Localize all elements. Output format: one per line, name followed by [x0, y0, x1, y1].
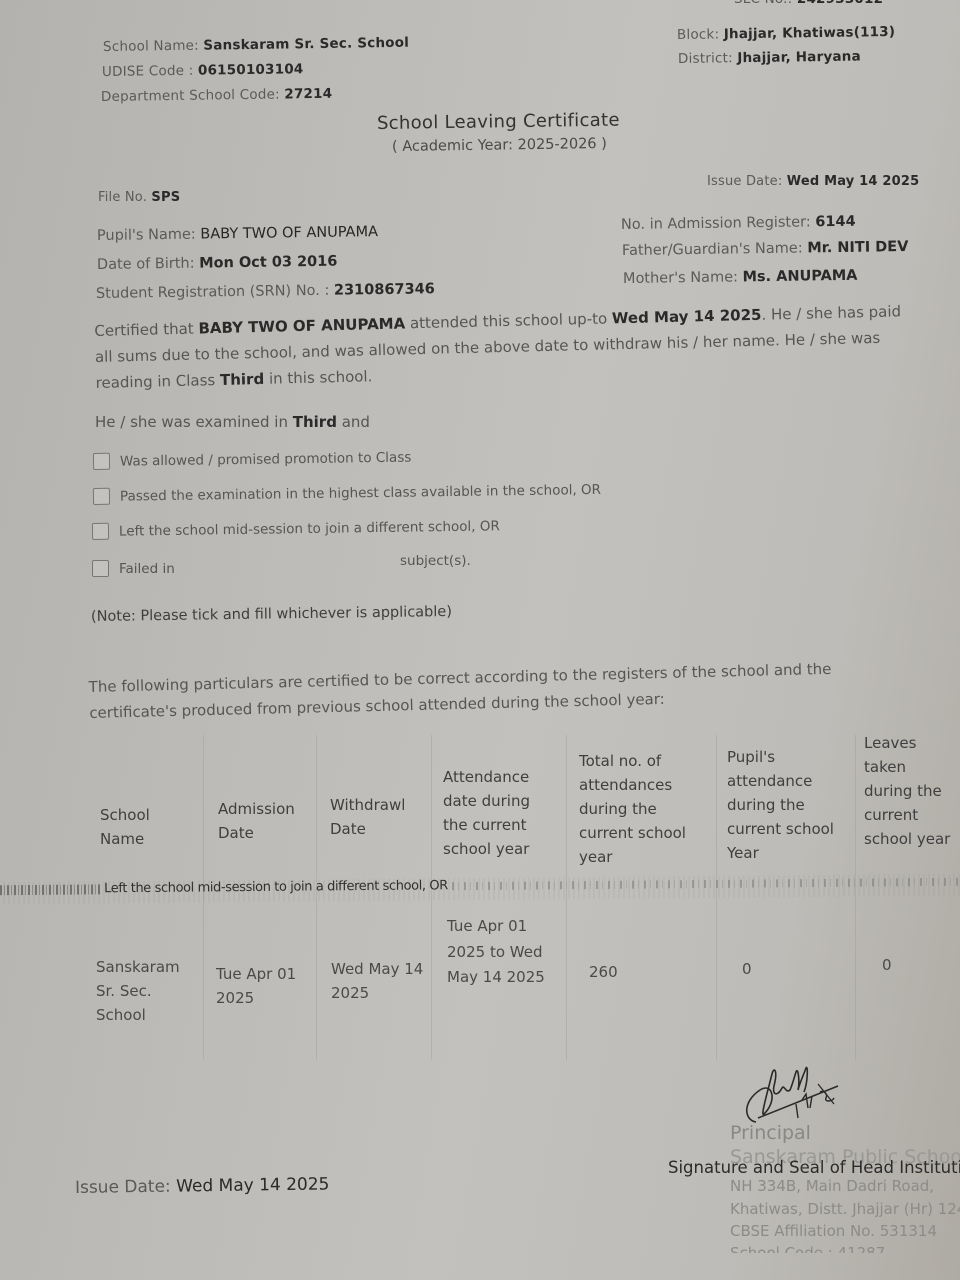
- stamp-affiliation: CBSE Affiliation No. 531314: [730, 1222, 937, 1240]
- school-name-value: Sanskaram Sr. Sec. School: [203, 35, 409, 54]
- certificate-page: SLC No.: 242933012 School Name: Sanskara…: [0, 0, 960, 1280]
- mother-line: Mother's Name: Ms. ANUPAMA: [623, 268, 858, 287]
- admission-no-label: No. in Admission Register:: [621, 214, 811, 233]
- stamp-address-1: NH 334B, Main Dadri Road,: [730, 1177, 934, 1195]
- udise-value: 06150103104: [198, 61, 304, 78]
- cert-pupil-name: BABY TWO OF ANUPAMA: [198, 314, 405, 337]
- dob-line: Date of Birth: Mon Oct 03 2016: [97, 254, 338, 273]
- artifact-text: Left the school mid-session to join a di…: [104, 878, 448, 896]
- cell-admission-date: Tue Apr 01 2025: [216, 962, 316, 1010]
- option-label: Failed in: [119, 561, 175, 577]
- issue-date-top: Issue Date: Wed May 14 2025: [707, 174, 919, 189]
- header-pupil-attendance: Pupil's attendance during the current sc…: [727, 745, 851, 865]
- cell-leaves-taken: 0: [882, 953, 892, 977]
- cert-text: Certified that: [94, 319, 199, 340]
- admission-no-line: No. in Admission Register: 6144: [621, 214, 856, 233]
- slc-label: SLC No.:: [734, 0, 792, 7]
- academic-year: ( Academic Year: 2025-2026 ): [392, 136, 607, 155]
- dept-code-label: Department School Code:: [101, 87, 280, 105]
- father-label: Father/Guardian's Name:: [622, 240, 803, 259]
- print-artifact-strip: Left the school mid-session to join a di…: [0, 874, 960, 904]
- cert-class: Third: [220, 370, 265, 389]
- district-label: District:: [678, 50, 733, 67]
- option-promotion[interactable]: Was allowed / promised promotion to Clas…: [93, 449, 412, 470]
- option-label: Passed the examination in the highest cl…: [120, 481, 601, 504]
- issue-date-value: Wed May 14 2025: [176, 1174, 330, 1196]
- father-value: Mr. NITI DEV: [807, 239, 908, 256]
- cert-text: in this school.: [264, 367, 373, 388]
- cell-pupil-attendance: 0: [742, 957, 752, 981]
- note-text: (Note: Please tick and fill whichever is…: [91, 604, 452, 625]
- cell-withdrawal-date: Wed May 14 2025: [331, 957, 426, 1005]
- signature-block: Principal Sanskaram Public School Signat…: [668, 1060, 960, 1280]
- stamp-school-code: School Code : 41287: [730, 1244, 885, 1253]
- district-value: Jhajjar, Haryana: [737, 48, 861, 66]
- examined-line: He / she was examined in Third and: [95, 409, 370, 435]
- slc-number: SLC No.: 242933012: [734, 0, 883, 7]
- cell-attendance-range: Tue Apr 01 2025 to Wed May 14 2025: [447, 914, 557, 991]
- checkbox[interactable]: [93, 488, 110, 505]
- issue-date-value: Wed May 14 2025: [787, 174, 920, 189]
- stamp-title: Principal: [730, 1122, 811, 1144]
- header-withdrawal-date: Withdrawl Date: [330, 793, 425, 841]
- particulars-intro: The following particulars are certified …: [88, 655, 879, 726]
- dob-value: Mon Oct 03 2016: [199, 254, 337, 272]
- srn-line: Student Registration (SRN) No. : 2310867…: [96, 281, 435, 302]
- option-label: Left the school mid-session to join a di…: [119, 518, 500, 539]
- option-left-mid-session[interactable]: Left the school mid-session to join a di…: [92, 517, 500, 540]
- examined-text: and: [337, 413, 370, 431]
- pupil-name-value: BABY TWO OF ANUPAMA: [200, 224, 378, 242]
- district-line: District: Jhajjar, Haryana: [678, 48, 861, 67]
- father-line: Father/Guardian's Name: Mr. NITI DEV: [622, 239, 909, 259]
- cert-text: attended this school up-to: [405, 309, 612, 332]
- school-name-line: School Name: Sanskaram Sr. Sec. School: [103, 35, 409, 55]
- certificate-title: School Leaving Certificate: [377, 110, 620, 134]
- dept-code-value: 27214: [284, 86, 332, 103]
- header-school-name: School Name: [100, 803, 190, 851]
- mother-value: Ms. ANUPAMA: [742, 268, 857, 286]
- udise-line: UDISE Code : 06150103104: [102, 61, 304, 80]
- examined-class: Third: [293, 413, 337, 431]
- dob-label: Date of Birth:: [97, 256, 195, 273]
- school-name-label: School Name:: [103, 38, 199, 55]
- file-no-label: File No.: [98, 190, 147, 205]
- udise-label: UDISE Code :: [102, 63, 194, 80]
- issue-date-bottom: Issue Date: Wed May 14 2025: [75, 1174, 330, 1198]
- admission-no-value: 6144: [815, 214, 856, 231]
- slc-value: 242933012: [797, 0, 883, 7]
- print-noise: [0, 884, 100, 895]
- header-attendance-date: Attendance date during the current schoo…: [443, 765, 555, 861]
- cell-total-attendances: 260: [589, 960, 618, 984]
- option-label: Was allowed / promised promotion to Clas…: [120, 449, 412, 469]
- mother-label: Mother's Name:: [623, 269, 738, 287]
- srn-label: Student Registration (SRN) No. :: [96, 283, 330, 302]
- checkbox[interactable]: [93, 453, 110, 470]
- signature-caption: Signature and Seal of Head Institution: [668, 1158, 960, 1177]
- file-no-line: File No. SPS: [98, 190, 180, 205]
- block-label: Block:: [677, 26, 719, 43]
- cell-school-name: Sanskaram Sr. Sec. School: [96, 955, 196, 1027]
- cert-date: Wed May 14 2025: [612, 306, 762, 328]
- issue-date-label: Issue Date:: [75, 1177, 171, 1198]
- pupil-name-line: Pupil's Name: BABY TWO OF ANUPAMA: [97, 224, 378, 244]
- file-no-value: SPS: [151, 190, 180, 205]
- issue-date-label: Issue Date:: [707, 174, 782, 189]
- srn-value: 2310867346: [334, 281, 435, 298]
- block-value: Jhajjar, Khatiwas(113): [724, 24, 896, 42]
- column-divider: [855, 735, 856, 1060]
- stamp-address-2: Khatiwas, Distt. Jhajjar (Hr) 124: [730, 1200, 960, 1218]
- checkbox[interactable]: [92, 523, 109, 540]
- block-line: Block: Jhajjar, Khatiwas(113): [677, 24, 895, 43]
- header-admission-date: Admission Date: [218, 797, 313, 845]
- header-leaves-taken: Leaves taken during the current school y…: [864, 731, 954, 851]
- failed-subjects-suffix: subject(s).: [400, 553, 471, 569]
- option-passed-highest[interactable]: Passed the examination in the highest cl…: [93, 481, 601, 505]
- certification-paragraph: Certified that BABY TWO OF ANUPAMA atten…: [94, 298, 906, 396]
- header-total-attendances: Total no. of attendances during the curr…: [579, 749, 709, 869]
- print-noise: [452, 877, 960, 890]
- option-failed[interactable]: Failed in: [92, 560, 175, 577]
- examined-text: He / she was examined in: [95, 413, 293, 431]
- dept-code-line: Department School Code: 27214: [101, 86, 332, 105]
- checkbox[interactable]: [92, 560, 109, 577]
- pupil-name-label: Pupil's Name:: [97, 227, 196, 244]
